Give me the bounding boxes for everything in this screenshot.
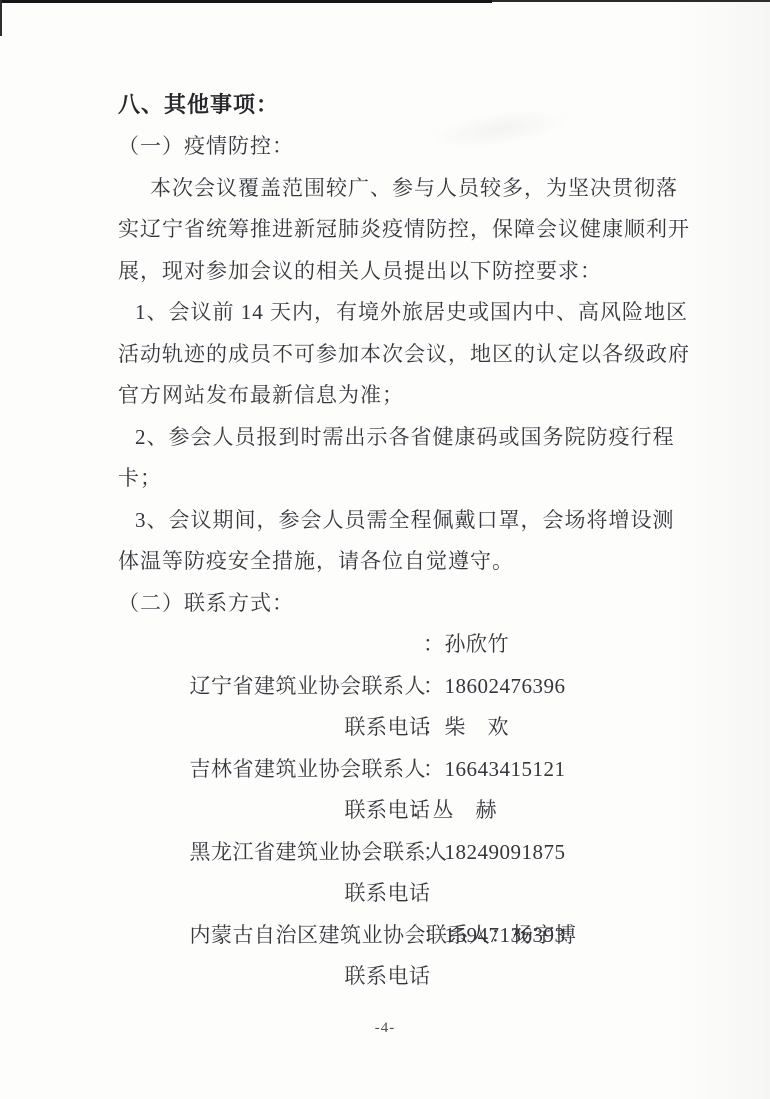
phone-number: ：18249091875 <box>423 832 566 874</box>
requirement-3-line-2: 体温等防疫安全措施，请各位自觉遵守。 <box>118 541 693 583</box>
contact-row-inner-mongolia: 内蒙古自治区建筑业协会联系人：杨宇博 <box>118 873 693 915</box>
requirement-3-line-1: 3、会议期间，参会人员需全程佩戴口罩，会场将增设测 <box>118 500 693 542</box>
phone-row-jilin: 联系电话：16643415121 <box>118 749 693 791</box>
section-heading-other-matters: 八、其他事项： <box>118 84 693 126</box>
subsection-title-epidemic-control: （一）疫情防控： <box>118 126 693 168</box>
paragraph-intro-line-2: 实辽宁省统筹推进新冠肺炎疫情防控，保障会议健康顺利开 <box>118 209 693 251</box>
requirement-1-line-2: 活动轨迹的成员不可参加本次会议，地区的认定以各级政府 <box>118 334 693 376</box>
phone-number: ：16643415121 <box>423 749 566 791</box>
page-number: -4- <box>0 1020 770 1037</box>
requirement-2-line-1: 2、参会人员报到时需出示各省健康码或国务院防疫行程 <box>118 417 693 459</box>
contact-person-name: ：柴 欢 <box>423 707 509 749</box>
requirement-2-line-2: 卡； <box>118 458 693 500</box>
paragraph-intro-line-1: 本次会议覆盖范围较广、参与人员较多，为坚决贯彻落 <box>118 168 693 210</box>
contact-person-name: ：孙欣竹 <box>423 624 509 666</box>
subsection-title-contact-info: （二）联系方式： <box>118 583 693 625</box>
requirement-1-line-1: 1、会议前 14 天内，有境外旅居史或国内中、高风险地区 <box>118 292 693 334</box>
contact-row-liaoning: 辽宁省建筑业协会联系人：孙欣竹 <box>118 624 693 666</box>
phone-row-liaoning: 联系电话：18602476396 <box>118 666 693 708</box>
contact-row-jilin: 吉林省建筑业协会联系人：柴 欢 <box>118 707 693 749</box>
contact-row-heilongjiang: 黑龙江省建筑业协会联系人：丛 赫 <box>118 790 693 832</box>
scanned-document-page: 八、其他事项： （一）疫情防控： 本次会议覆盖范围较广、参与人员较多，为坚决贯彻… <box>0 0 770 1099</box>
phone-label: 联系电话 <box>345 964 431 988</box>
paragraph-intro-line-3: 展，现对参加会议的相关人员提出以下防控要求： <box>118 251 693 293</box>
document-body: 八、其他事项： （一）疫情防控： 本次会议覆盖范围较广、参与人员较多，为坚决贯彻… <box>118 84 693 956</box>
contact-person-name: ：丛 赫 <box>411 790 497 832</box>
scan-artifact-top-left-edge <box>0 0 492 3</box>
phone-row-heilongjiang: 联系电话：18249091875 <box>118 832 693 874</box>
phone-number: ：15947136393 <box>423 915 566 957</box>
requirement-1-line-3: 官方网站发布最新信息为准； <box>118 375 693 417</box>
scan-artifact-left-edge <box>0 0 2 36</box>
phone-number: ：18602476396 <box>423 666 566 708</box>
phone-row-inner-mongolia: 联系电话：15947136393 <box>118 915 693 957</box>
